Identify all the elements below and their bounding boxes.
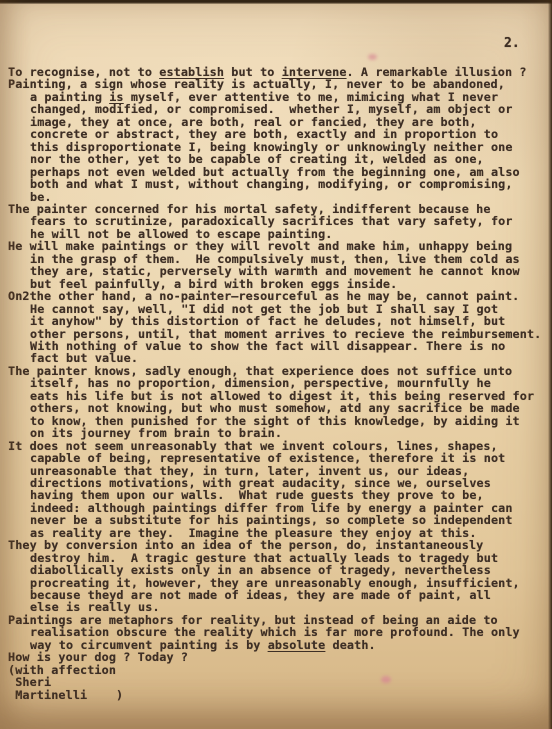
paragraph: (with affection (4, 664, 550, 676)
paragraph: He will make paintings or they will revo… (4, 240, 550, 290)
paragraph: The painter knows, sadly enough, that ex… (4, 365, 550, 440)
ink-smudge (368, 54, 377, 60)
paragraph: On2the other hand, a no-painter—resource… (4, 290, 550, 365)
paragraph: The painter concerned for his mortal saf… (4, 203, 550, 240)
typewritten-text: To recognise, not to establish but to in… (4, 66, 550, 701)
paragraph: How is your dog ? Today ? (4, 651, 550, 663)
paragraph: Paintings are metaphors for reality, but… (4, 614, 550, 651)
paragraph: They by conversion into an idea of the p… (4, 539, 550, 614)
paragraph: Painting, a sign whose reality is actual… (4, 78, 550, 203)
paragraph: It does not seem unreasonably that we in… (4, 440, 550, 540)
photo-edge-top (0, 0, 552, 4)
paragraph: Martinelli ) (4, 689, 550, 701)
page-number: 2. (504, 36, 520, 51)
typewritten-letter-photo: 2. To recognise, not to establish but to… (0, 0, 552, 729)
paragraph: Sheri (4, 676, 550, 688)
